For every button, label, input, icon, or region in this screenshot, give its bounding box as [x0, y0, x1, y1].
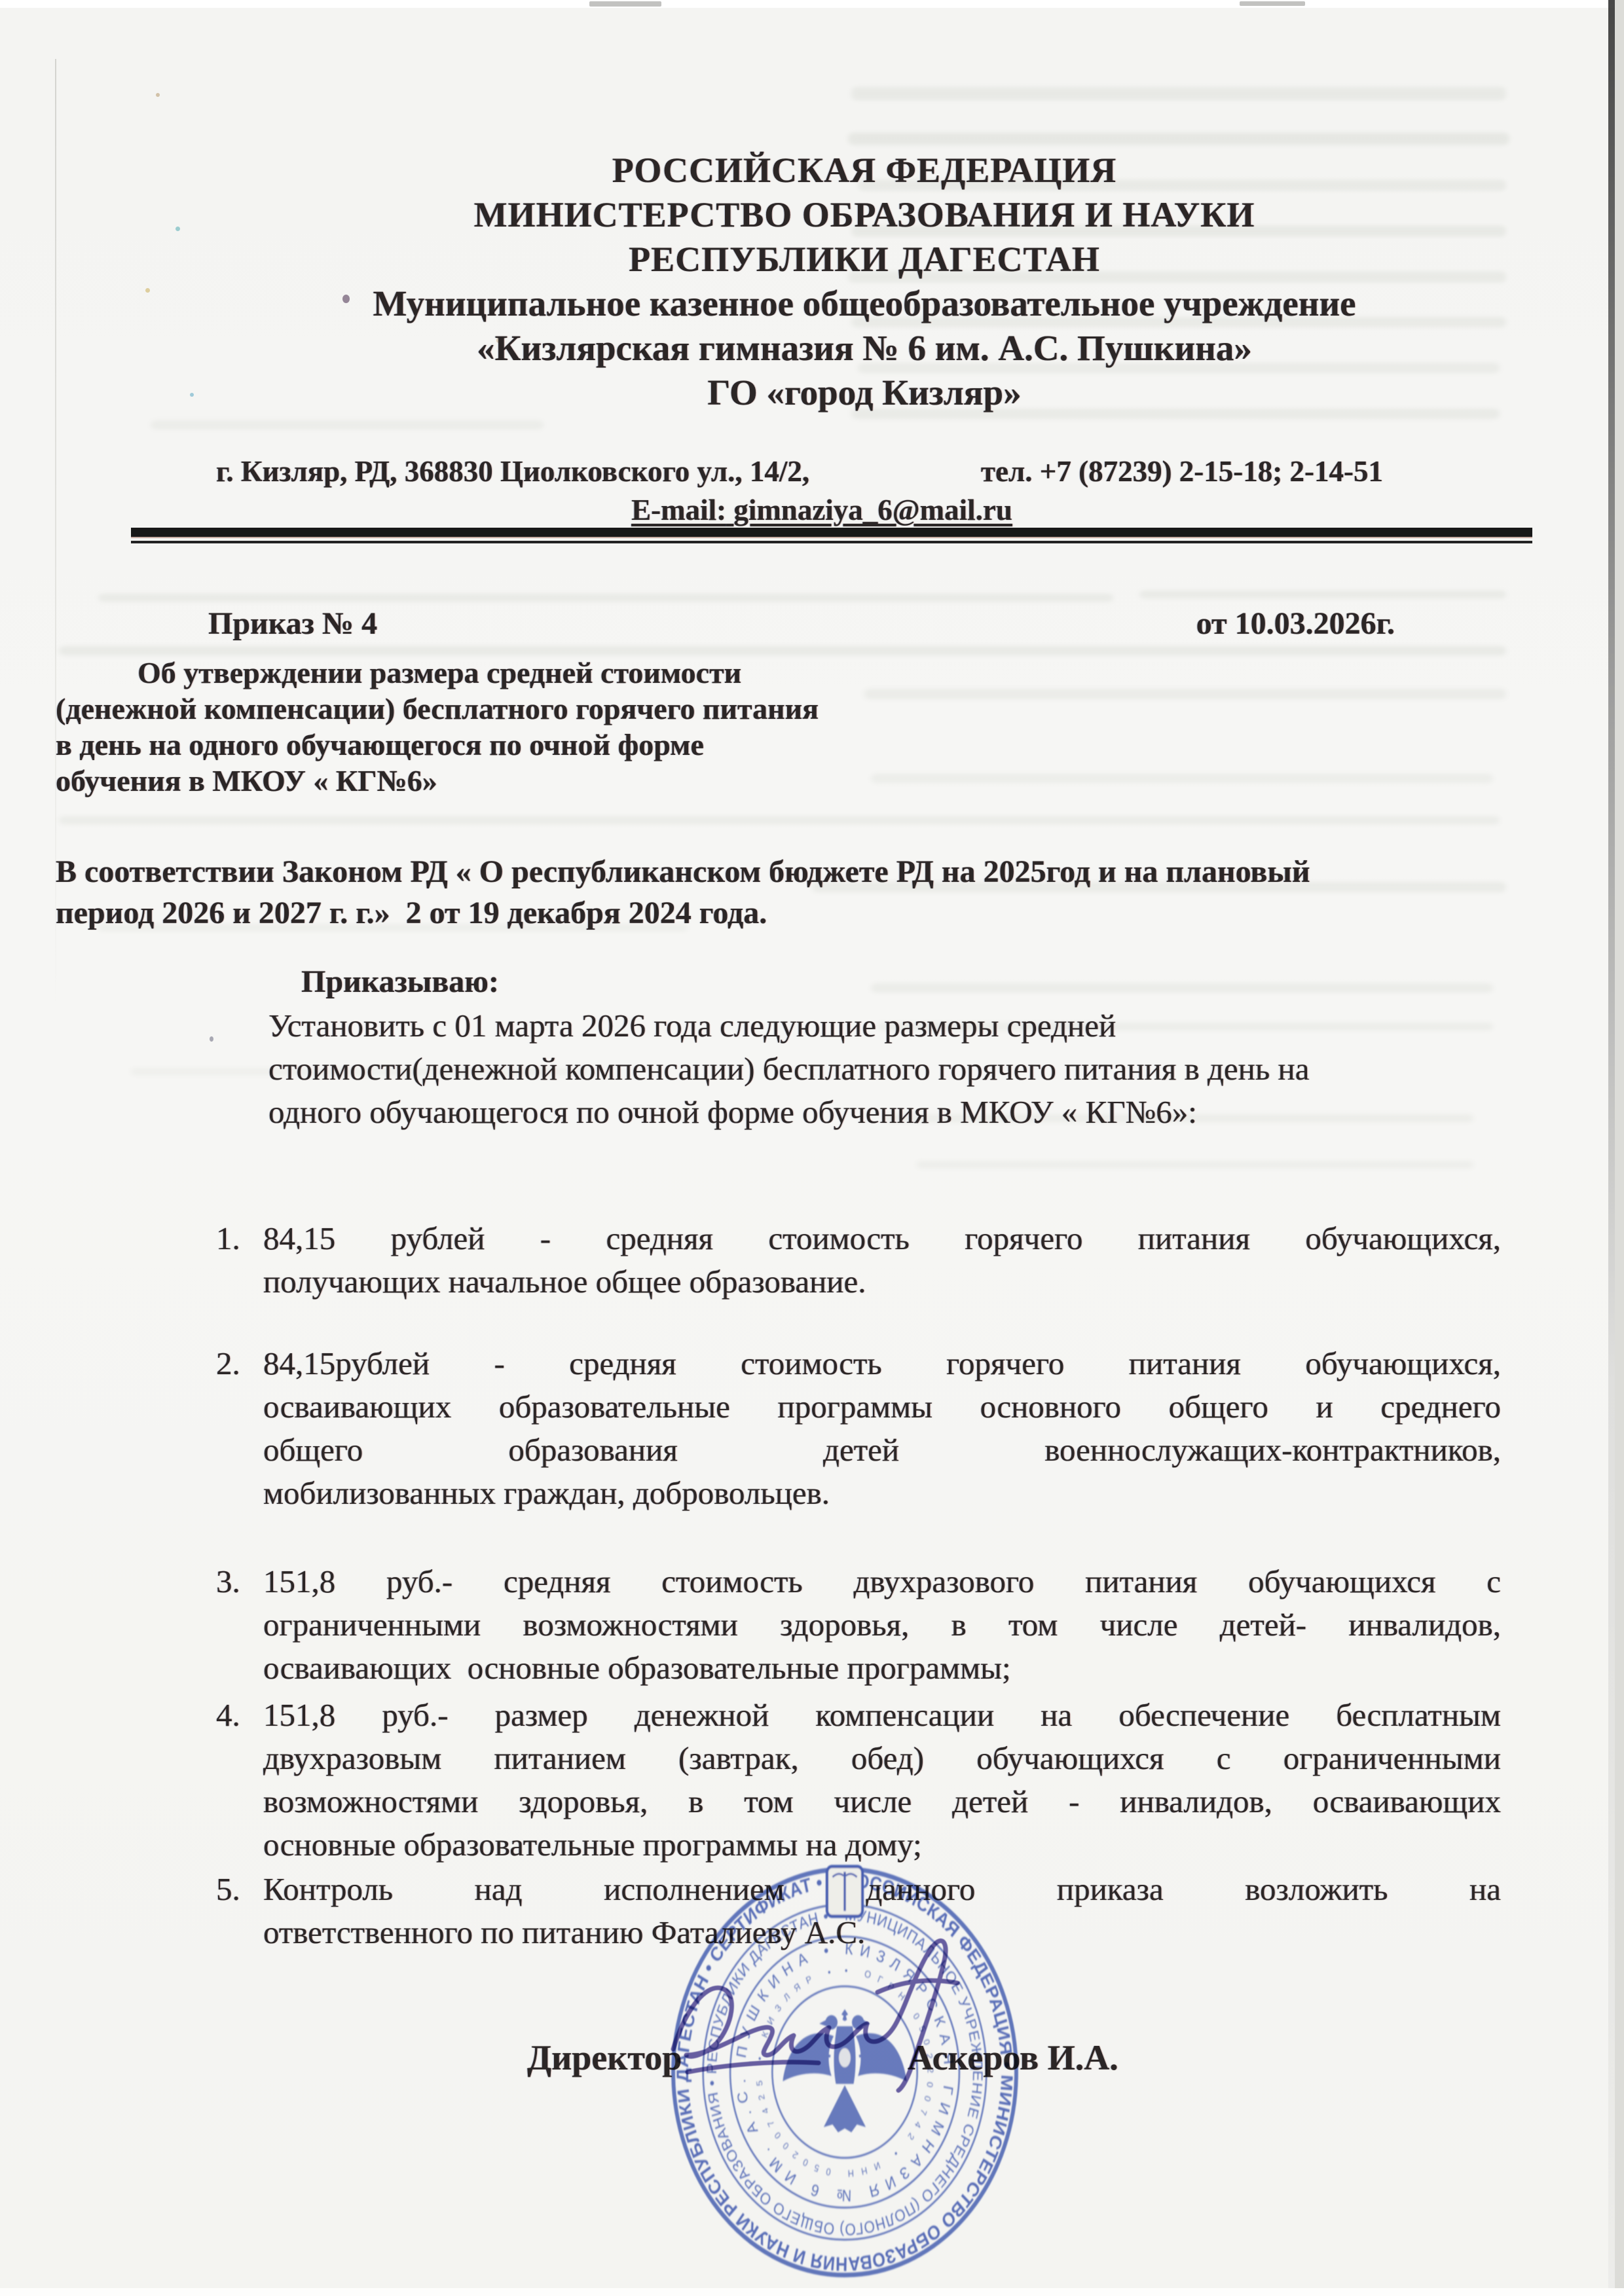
bleedthrough-artifact — [98, 594, 1113, 602]
text-line: 151,8 руб.- размер денежной компенсации … — [263, 1694, 1501, 1737]
text-line: общего образования детей военнослужащих-… — [263, 1429, 1501, 1472]
item-number: 2. — [216, 1342, 259, 1385]
text-line: стоимости(денежной компенсации) бесплатн… — [268, 1048, 1513, 1091]
order-item-2: 2. 84,15рублей - средняя стоимость горяч… — [216, 1342, 1501, 1515]
order-number: Приказ № 4 — [208, 606, 377, 642]
item-number: 3. — [216, 1560, 259, 1603]
text-line: 151,8 руб.- средняя стоимость двухразово… — [263, 1560, 1501, 1603]
scan-bottom-edge — [0, 2288, 1624, 2296]
text-line: Установить с 01 марта 2026 года следующи… — [268, 1004, 1513, 1048]
scan-top-edge — [0, 0, 1624, 8]
text-line: (денежной компенсации) бесплатного горяч… — [56, 691, 972, 727]
text-line: возможностями здоровья, в том числе дете… — [263, 1780, 1501, 1823]
divider-thin-line — [131, 541, 1532, 543]
item-text: 151,8 руб.- средняя стоимость двухразово… — [263, 1560, 1501, 1690]
letterhead-divider — [131, 528, 1532, 543]
bleedthrough-artifact — [59, 816, 1500, 825]
text-line: 84,15 рублей - средняя стоимость горячег… — [263, 1217, 1501, 1260]
item-number: 5. — [216, 1868, 259, 1911]
text-line: Об утверждении размера средней стоимости — [56, 655, 972, 691]
letterhead-republic: РЕСПУБЛИКИ ДАГЕСТАН — [118, 237, 1611, 282]
text-line: двухразовым питанием (завтрак, обед) обу… — [263, 1737, 1501, 1780]
item-text: 84,15рублей - средняя стоимость горячего… — [263, 1342, 1501, 1515]
divider-thick-line — [131, 528, 1532, 537]
order-intro: Установить с 01 марта 2026 года следующи… — [268, 1004, 1513, 1134]
text-line: ограниченными возможностями здоровья, в … — [263, 1603, 1501, 1647]
text-line: одного обучающегося по очной форме обуче… — [268, 1091, 1513, 1134]
item-text: 84,15 рублей - средняя стоимость горячег… — [263, 1217, 1501, 1303]
bleedthrough-artifact — [851, 87, 1506, 101]
contact-row: г. Кизляр, РД, 368830 Циолковского ул., … — [216, 454, 1383, 488]
scanned-order-document: РОССИЙСКАЯ ФЕДЕРАЦИЯ МИНИСТЕРСТВО ОБРАЗО… — [0, 0, 1624, 2296]
order-item-4: 4. 151,8 руб.- размер денежной компенсац… — [216, 1694, 1501, 1867]
order-subject: Об утверждении размера средней стоимости… — [56, 655, 972, 799]
dust-speck — [210, 1036, 213, 1042]
item-text: 151,8 руб.- размер денежной компенсации … — [263, 1694, 1501, 1867]
text-line: мобилизованных граждан, добровольцев. — [263, 1472, 1501, 1515]
text-line: получающих начальное общее образование. — [263, 1260, 1501, 1303]
text-line: 84,15рублей - средняя стоимость горячего… — [263, 1342, 1501, 1385]
text-line: в день на одного обучающегося по очной ф… — [56, 727, 972, 763]
scan-right-edge — [1615, 0, 1624, 2296]
text-line: обучения в МКОУ « КГ№6» — [56, 763, 972, 799]
postal-address: г. Кизляр, РД, 368830 Циолковского ул., … — [216, 454, 809, 488]
bleedthrough-artifact — [871, 983, 1493, 993]
email-address: gimnaziya_6@mail.ru — [733, 494, 1012, 526]
text-line: осваивающих основные образовательные про… — [263, 1647, 1501, 1690]
decree-word: Приказываю: — [301, 964, 499, 1000]
item-number: 1. — [216, 1217, 259, 1260]
letterhead-city: ГО «город Кизляр» — [118, 371, 1611, 415]
letterhead-school-name: «Кизлярская гимназия № 6 им. А.С. Пушкин… — [118, 326, 1611, 371]
text-line: период 2026 и 2027 г. г.» 2 от 19 декабр… — [56, 892, 1486, 934]
bleedthrough-artifact — [151, 420, 544, 429]
order-preamble: В соответствии Законом РД « О республика… — [56, 851, 1486, 934]
bleedthrough-artifact — [917, 1161, 1473, 1168]
phone-numbers: тел. +7 (87239) 2-15-18; 2-14-51 — [981, 454, 1383, 488]
director-signature — [648, 1908, 1015, 2157]
order-date: от 10.03.2026г. — [1196, 606, 1395, 642]
order-meta: Приказ № 4 от 10.03.2026г. — [208, 606, 1395, 642]
scan-smudge — [589, 1, 661, 7]
text-line: осваивающих образовательные программы ос… — [263, 1385, 1501, 1429]
scan-smudge — [1240, 1, 1305, 6]
email-label: E-mail: — [631, 494, 726, 526]
dust-speck — [156, 93, 160, 97]
letterhead-country: РОССИЙСКАЯ ФЕДЕРАЦИЯ — [118, 148, 1611, 192]
bleedthrough-artifact — [1139, 591, 1506, 599]
letterhead-ministry: МИНИСТЕРСТВО ОБРАЗОВАНИЯ И НАУКИ — [118, 192, 1611, 237]
email-row: E-mail: gimnaziya_6@mail.ru — [118, 493, 1526, 527]
letterhead-institution-type: Муниципальное казенное общеобразовательн… — [118, 282, 1611, 326]
bleedthrough-artifact — [848, 132, 1509, 145]
letterhead: РОССИЙСКАЯ ФЕДЕРАЦИЯ МИНИСТЕРСТВО ОБРАЗО… — [118, 148, 1611, 415]
order-item-1: 1. 84,15 рублей - средняя стоимость горя… — [216, 1217, 1501, 1303]
order-item-3: 3. 151,8 руб.- средняя стоимость двухраз… — [216, 1560, 1501, 1690]
text-line: В соответствии Законом РД « О республика… — [56, 851, 1486, 892]
item-number: 4. — [216, 1694, 259, 1737]
